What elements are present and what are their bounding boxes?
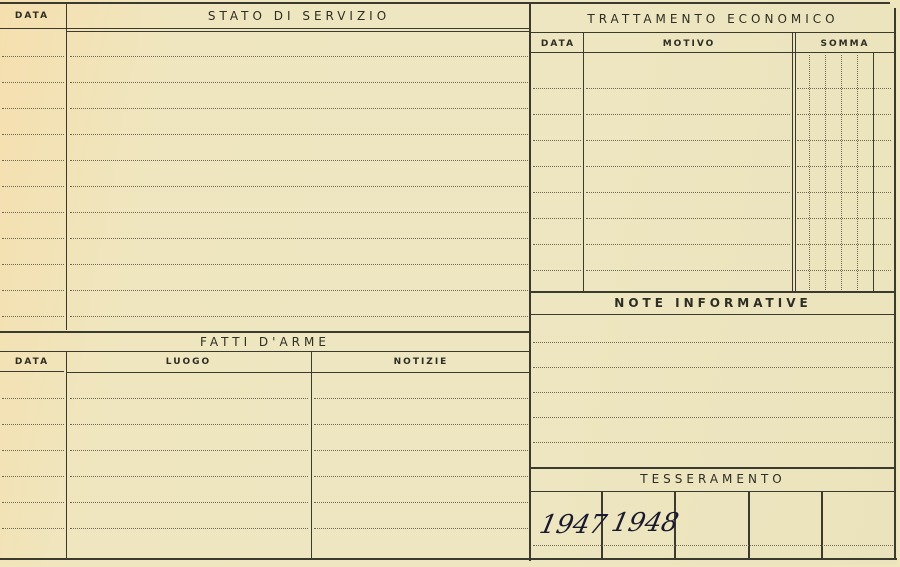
dotted-line	[70, 238, 528, 239]
dotted-line	[533, 392, 893, 393]
dotted-line	[533, 270, 581, 271]
dotted-line	[797, 114, 891, 115]
dotted-line	[2, 316, 64, 317]
dotted-line	[533, 218, 581, 219]
divider	[531, 52, 895, 53]
dotted-line	[2, 238, 64, 239]
dotted-line	[70, 528, 308, 529]
dotted-line	[533, 88, 581, 89]
trattamento-col-somma: SOMMA	[796, 39, 894, 49]
dotted-line	[2, 450, 64, 451]
dotted-line	[70, 134, 528, 135]
dotted-line	[2, 264, 64, 265]
dotted-line	[2, 160, 64, 161]
registry-card: DATA STATO DI SERVIZIO FATTI D'ARME DATA…	[0, 0, 897, 565]
fatti-col-luogo: LUOGO	[66, 357, 311, 367]
fatti-col-data: DATA	[0, 357, 64, 367]
dotted-line	[797, 166, 891, 167]
dotted-line	[586, 244, 790, 245]
somma-subdivider	[841, 55, 842, 290]
divider	[531, 32, 895, 33]
dotted-line	[70, 212, 528, 213]
divider	[748, 492, 750, 559]
dotted-line	[70, 502, 308, 503]
divider	[66, 31, 530, 32]
dotted-line	[533, 367, 893, 368]
divider	[583, 33, 584, 291]
dotted-line	[70, 398, 308, 399]
divider	[531, 467, 895, 469]
divider	[531, 314, 895, 315]
dotted-line	[70, 316, 528, 317]
dotted-line	[70, 290, 528, 291]
tessera-year-1: 1947	[537, 510, 610, 540]
tesseramento-title: TESSERAMENTO	[531, 472, 895, 486]
divider	[0, 28, 530, 29]
dotted-line	[2, 476, 64, 477]
dotted-line	[2, 398, 64, 399]
dotted-line	[586, 88, 790, 89]
dotted-line	[533, 114, 581, 115]
dotted-line	[314, 398, 528, 399]
divider	[531, 291, 895, 293]
dotted-line	[70, 186, 528, 187]
divider	[0, 351, 530, 352]
dotted-line	[2, 424, 64, 425]
dotted-line	[70, 424, 308, 425]
dotted-line	[586, 114, 790, 115]
dotted-line	[797, 192, 891, 193]
fatti-title: FATTI D'ARME	[0, 335, 530, 349]
divider	[311, 352, 312, 560]
divider	[66, 372, 530, 373]
dotted-line	[533, 442, 893, 443]
dotted-line	[533, 244, 581, 245]
dotted-line	[533, 166, 581, 167]
divider	[792, 33, 793, 291]
bottom-border	[0, 558, 897, 560]
trattamento-col-motivo: MOTIVO	[584, 39, 794, 49]
dotted-line	[314, 424, 528, 425]
dotted-line	[2, 212, 64, 213]
divider	[66, 4, 67, 330]
dotted-line	[70, 108, 528, 109]
dotted-line	[586, 140, 790, 141]
divider	[821, 492, 823, 559]
dotted-line	[586, 218, 790, 219]
tessera-year-2: 1948	[609, 508, 682, 538]
dotted-line	[314, 476, 528, 477]
note-title: NOTE INFORMATIVE	[531, 296, 895, 310]
dotted-line	[70, 450, 308, 451]
dotted-line	[70, 56, 528, 57]
fatti-col-notizie: NOTIZIE	[312, 357, 530, 367]
dotted-line	[2, 528, 64, 529]
dotted-line	[533, 342, 893, 343]
somma-subdivider	[825, 55, 826, 290]
dotted-line	[70, 264, 528, 265]
dotted-line	[2, 108, 64, 109]
dotted-line	[2, 290, 64, 291]
divider	[66, 352, 67, 560]
dotted-line	[797, 88, 891, 89]
divider	[0, 371, 64, 372]
dotted-line	[797, 244, 891, 245]
dotted-line	[70, 160, 528, 161]
trattamento-title: TRATTAMENTO ECONOMICO	[532, 12, 894, 26]
dotted-line	[2, 502, 64, 503]
somma-subdivider	[857, 55, 858, 290]
dotted-line	[586, 166, 790, 167]
dotted-line	[797, 140, 891, 141]
dotted-line	[2, 134, 64, 135]
dotted-line	[797, 218, 891, 219]
divider	[795, 33, 796, 291]
stato-title: STATO DI SERVIZIO	[68, 9, 530, 23]
dotted-line	[533, 140, 581, 141]
dotted-line	[314, 450, 528, 451]
dotted-line	[797, 270, 891, 271]
dotted-line	[533, 192, 581, 193]
trattamento-col-data: DATA	[532, 39, 584, 49]
dotted-line	[586, 192, 790, 193]
dotted-line	[2, 186, 64, 187]
dotted-line	[2, 82, 64, 83]
dotted-line	[2, 56, 64, 57]
dotted-line	[70, 82, 528, 83]
dotted-line	[533, 545, 893, 546]
divider	[531, 491, 895, 492]
top-border	[0, 2, 890, 4]
divider	[0, 331, 530, 333]
dotted-line	[314, 528, 528, 529]
dotted-line	[586, 270, 790, 271]
dotted-line	[314, 502, 528, 503]
stato-col-data: DATA	[0, 11, 64, 21]
somma-subdivider	[809, 55, 810, 290]
dotted-line	[70, 476, 308, 477]
dotted-line	[533, 417, 893, 418]
